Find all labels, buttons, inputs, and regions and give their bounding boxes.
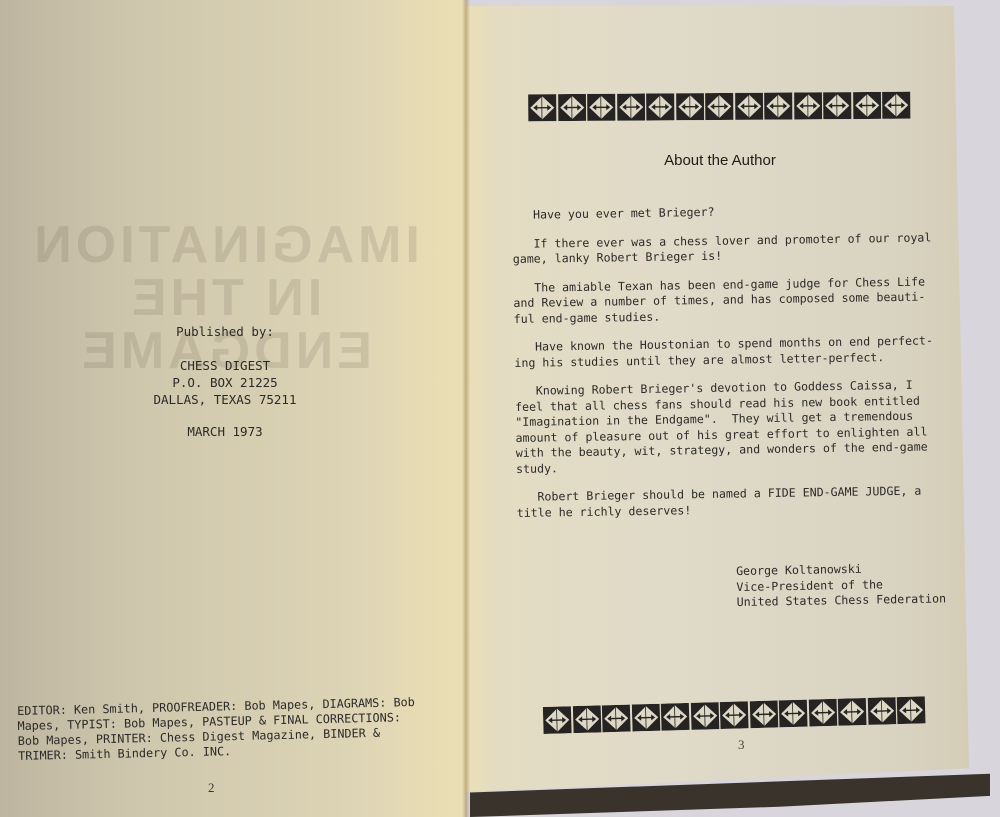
paragraph: If there ever was a chess lover and prom… xyxy=(512,230,952,268)
publisher-name: CHESS DIGEST xyxy=(100,357,350,374)
diamond-arrow-ornament-icon xyxy=(823,92,852,119)
left-page: IMAGINATION IN THE ENDGAME Published by:… xyxy=(0,0,466,817)
diamond-arrow-ornament-icon xyxy=(528,94,557,121)
paragraph: Knowing Robert Brieger's devotion to God… xyxy=(515,377,956,477)
diamond-arrow-ornament-icon xyxy=(764,92,793,119)
publisher-po-box: P.O. BOX 21225 xyxy=(100,374,350,391)
diamond-arrow-ornament-icon xyxy=(896,696,925,724)
diamond-arrow-ornament-icon xyxy=(852,92,881,119)
bleed-through-line: IMAGINATION xyxy=(10,215,440,275)
diamond-arrow-ornament-icon xyxy=(690,702,719,730)
diamond-arrow-ornament-icon xyxy=(587,94,616,121)
diamond-arrow-ornament-icon xyxy=(616,94,645,121)
diamond-arrow-ornament-icon xyxy=(734,93,763,120)
paragraph: Have known the Houstonian to spend month… xyxy=(514,333,954,371)
book-gutter xyxy=(462,0,470,817)
page-number-left: 2 xyxy=(208,780,215,796)
publication-date: MARCH 1973 xyxy=(100,423,350,440)
publisher-city: DALLAS, TEXAS 75211 xyxy=(100,391,350,408)
paragraph: The amiable Texan has been end-game judg… xyxy=(513,274,954,327)
credits-block: EDITOR: Ken Smith, PROOFREADER: Bob Mape… xyxy=(17,694,458,764)
bleed-through-line: IN THE xyxy=(10,268,440,328)
diamond-arrow-ornament-icon xyxy=(720,701,749,729)
diamond-arrow-ornament-icon xyxy=(793,92,822,119)
diamond-arrow-ornament-icon xyxy=(572,705,601,733)
paragraph: Robert Brieger should be named a FIDE EN… xyxy=(516,483,956,521)
diamond-arrow-ornament-icon xyxy=(675,93,704,120)
page-number-right: 3 xyxy=(738,737,745,753)
ornament-border-top xyxy=(528,92,911,122)
photo-scene: IMAGINATION IN THE ENDGAME Published by:… xyxy=(0,0,1000,817)
diamond-arrow-ornament-icon xyxy=(646,93,675,120)
published-by-label: Published by: xyxy=(100,323,350,340)
diamond-arrow-ornament-icon xyxy=(882,92,911,119)
diamond-arrow-ornament-icon xyxy=(631,704,660,732)
diamond-arrow-ornament-icon xyxy=(705,93,734,120)
diamond-arrow-ornament-icon xyxy=(779,700,808,728)
diamond-arrow-ornament-icon xyxy=(838,698,867,726)
diamond-arrow-ornament-icon xyxy=(808,699,837,727)
diamond-arrow-ornament-icon xyxy=(543,706,572,734)
diamond-arrow-ornament-icon xyxy=(749,700,778,728)
diamond-arrow-ornament-icon xyxy=(602,705,631,733)
diamond-arrow-ornament-icon xyxy=(867,697,896,725)
signature-block: George Koltanowski Vice-President of the… xyxy=(736,560,946,610)
diamond-arrow-ornament-icon xyxy=(661,703,690,731)
publisher-block: Published by: CHESS DIGEST P.O. BOX 2122… xyxy=(100,323,350,440)
diamond-arrow-ornament-icon xyxy=(557,94,586,121)
page-title: About the Author xyxy=(600,152,840,169)
article-body: Have you ever met Brieger? If there ever… xyxy=(512,201,957,534)
